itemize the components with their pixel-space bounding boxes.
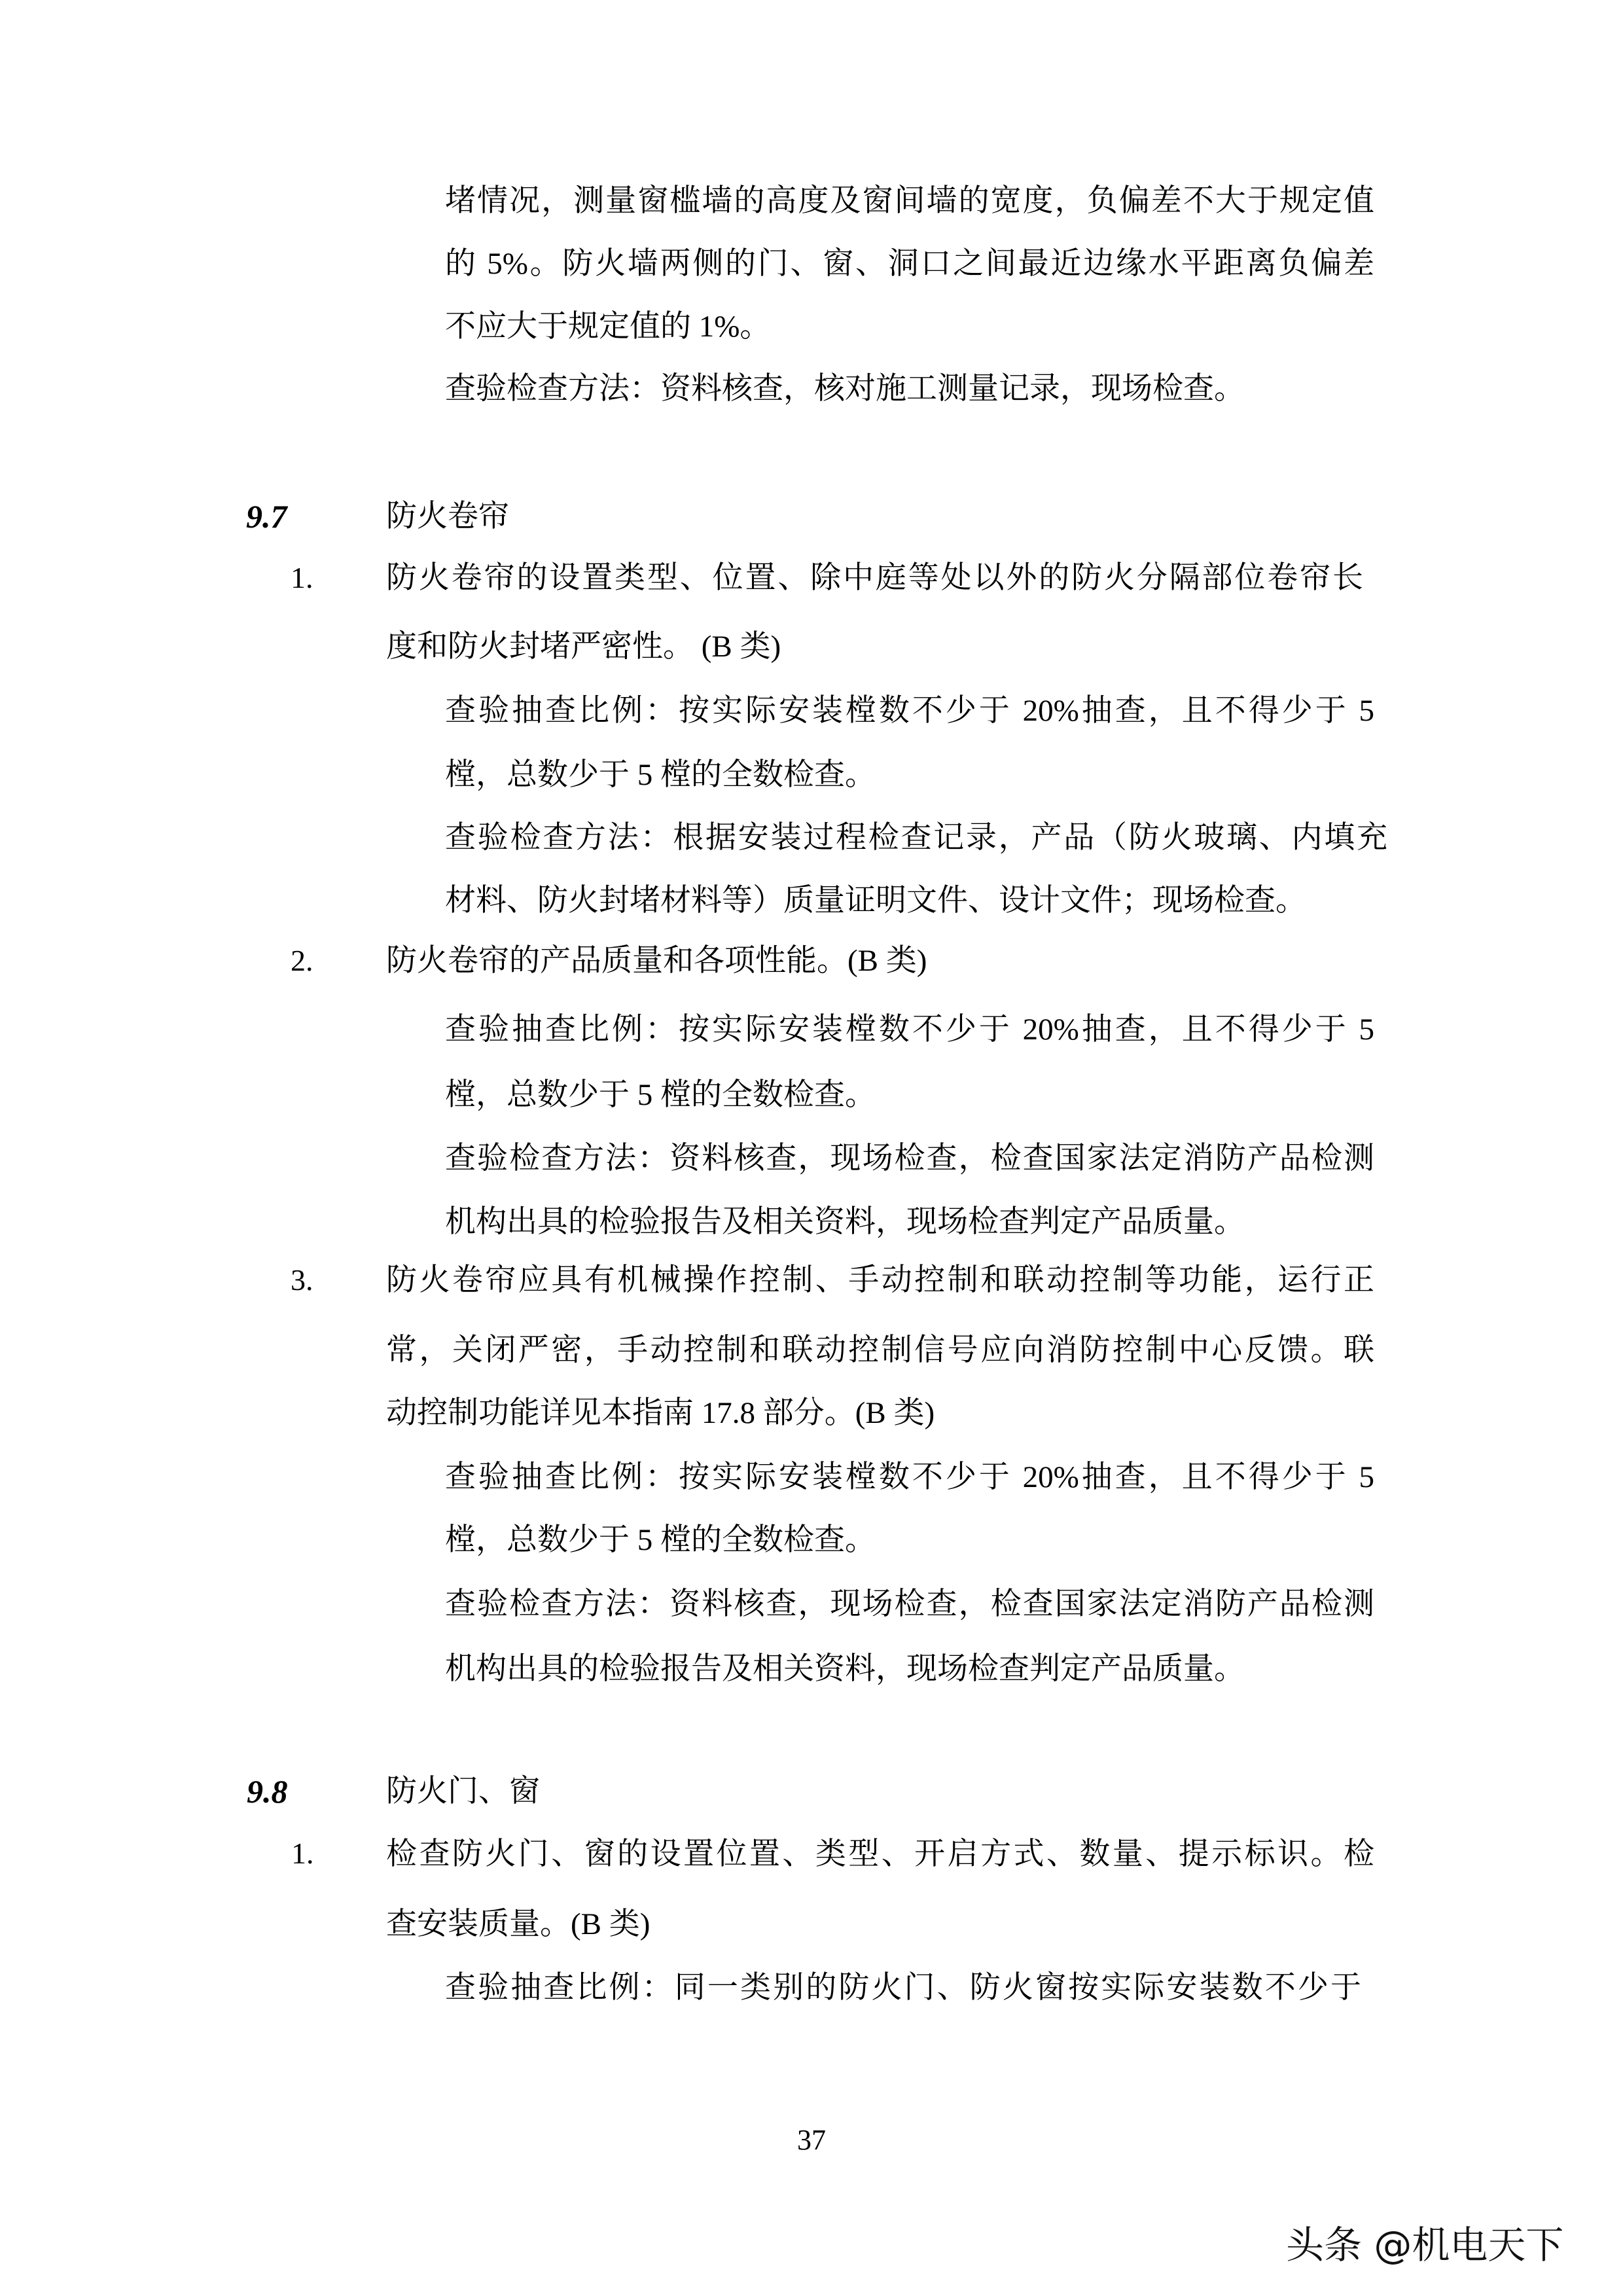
list-item-line: 度和防火封堵严密性。 (B 类) (386, 627, 781, 666)
section-title: 防火门、窗 (386, 1772, 540, 1811)
list-item-line: 检查防火门、窗的设置位置、类型、开启方式、数量、提示标识。检 (386, 1835, 1374, 1874)
list-item-line: 常，关闭严密，手动控制和联动控制信号应向消防控制中心反馈。联 (386, 1331, 1374, 1370)
sampling-ratio-line: 樘，总数少于 5 樘的全数检查。 (445, 755, 876, 795)
sampling-ratio-line: 樘，总数少于 5 樘的全数检查。 (445, 1075, 876, 1115)
watermark: 头条 @机电天下 (1286, 2219, 1563, 2271)
inspection-method-line: 材料、防火封堵材料等）质量证明文件、设计文件；现场检查。 (445, 881, 1306, 920)
section-number: 9.7 (246, 497, 287, 536)
sampling-ratio-line: 查验抽查比例：按实际安装樘数不少于 20%抽查，且不得少于 5 (445, 1010, 1374, 1049)
inspection-method-line: 查验检查方法：资料核查，核对施工测量记录，现场检查。 (445, 369, 1245, 408)
inspection-method-line: 查验检查方法：资料核查，现场检查，检查国家法定消防产品检测 (445, 1585, 1374, 1624)
list-item-line: 防火卷帘应具有机械操作控制、手动控制和联动控制等功能，运行正 (386, 1261, 1374, 1300)
inspection-method-line: 查验检查方法：根据安装过程检查记录，产品（防火玻璃、内填充 (445, 818, 1387, 857)
inspection-method-line: 机构出具的检验报告及相关资料，现场检查判定产品质量。 (445, 1649, 1245, 1689)
list-item-number: 1. (291, 558, 313, 598)
list-item-number: 3. (291, 1261, 313, 1300)
list-item-line: 防火卷帘的设置类型、位置、除中庭等处以外的防火分隔部位卷帘长 (386, 558, 1363, 598)
sampling-ratio-line: 樘，总数少于 5 樘的全数检查。 (445, 1520, 876, 1560)
paragraph-line: 不应大于规定值的 1%。 (445, 307, 770, 346)
sampling-ratio-line: 查验抽查比例：按实际安装樘数不少于 20%抽查，且不得少于 5 (445, 1458, 1374, 1497)
section-title: 防火卷帘 (386, 497, 509, 536)
page-number: 37 (785, 2121, 838, 2160)
inspection-method-line: 查验检查方法：资料核查，现场检查，检查国家法定消防产品检测 (445, 1139, 1374, 1178)
paragraph-line: 的 5%。防火墙两侧的门、窗、洞口之间最近边缘水平距离负偏差 (445, 244, 1374, 283)
paragraph-line: 堵情况，测量窗槛墙的高度及窗间墙的宽度，负偏差不大于规定值 (445, 181, 1374, 221)
sampling-ratio-line: 查验抽查比例：按实际安装樘数不少于 20%抽查，且不得少于 5 (445, 691, 1374, 730)
list-item-number: 1. (291, 1834, 314, 1873)
list-item-line: 查安装质量。(B 类) (386, 1905, 650, 1944)
sampling-ratio-line: 查验抽查比例：同一类别的防火门、防火窗按实际安装数不少于 (445, 1968, 1361, 2007)
section-number: 9.8 (247, 1772, 288, 1811)
list-item-line: 动控制功能详见本指南 17.8 部分。(B 类) (386, 1393, 935, 1433)
list-item-line: 防火卷帘的产品质量和各项性能。(B 类) (386, 941, 927, 980)
inspection-method-line: 机构出具的检验报告及相关资料，现场检查判定产品质量。 (445, 1202, 1245, 1242)
list-item-number: 2. (291, 941, 313, 980)
